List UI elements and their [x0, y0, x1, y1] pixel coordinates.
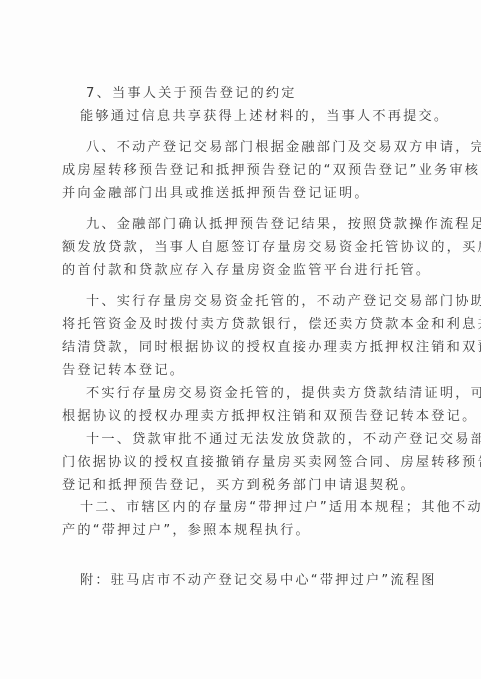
- document-page: 7、当事人关于预告登记的约定 能够通过信息共享获得上述材料的，当事人不再提交。 …: [0, 0, 481, 679]
- paragraph-line: 结清贷款，同时根据协议的授权直接办理卖方抵押权注销和双预: [62, 340, 424, 356]
- paragraph-line: 告登记转本登记。: [62, 363, 424, 379]
- clause-10-line: 十、实行存量房交易资金托管的，不动产登记交易部门协助: [86, 294, 448, 310]
- clause-11-line: 十一、贷款审批不通过无法发放贷款的，不动产登记交易部: [86, 432, 448, 448]
- paragraph-line: 额发放贷款，当事人自愿签订存量房交易资金托管协议的，买房: [62, 240, 424, 256]
- attachment-note: 附：驻马店市不动产登记交易中心“带押过户”流程图: [80, 573, 442, 589]
- paragraph-line: 的首付款和贷款应存入存量房资金监管平台进行托管。: [62, 263, 424, 279]
- paragraph-line: 登记和抵押预告登记，买方到税务部门申请退契税。: [62, 478, 424, 494]
- paragraph-line: 能够通过信息共享获得上述材料的，当事人不再提交。: [80, 109, 442, 125]
- paragraph-line: 门依据协议的授权直接撤销存量房买卖网签合同、房屋转移预告: [62, 455, 424, 471]
- paragraph-line: 成房屋转移预告登记和抵押预告登记的“双预告登记”业务审核，: [62, 163, 424, 179]
- clause-9-line: 九、金融部门确认抵押预告登记结果，按照贷款操作流程足: [86, 217, 448, 233]
- paragraph-line: 产的“带押过户”，参照本规程执行。: [62, 523, 424, 539]
- paragraph-line: 并向金融部门出具或推送抵押预告登记证明。: [62, 186, 424, 202]
- paragraph-line: 不实行存量房交易资金托管的，提供卖方贷款结清证明，可: [86, 386, 448, 402]
- paragraph-line: 将托管资金及时拨付卖方贷款银行，偿还卖方贷款本金和利息并: [62, 317, 424, 333]
- clause-8-line: 八、不动产登记交易部门根据金融部门及交易双方申请，完: [86, 140, 448, 156]
- paragraph-line: 根据协议的授权办理卖方抵押权注销和双预告登记转本登记。: [62, 409, 424, 425]
- clause-12-line: 十二、市辖区内的存量房“带押过户”适用本规程；其他不动: [80, 500, 442, 516]
- clause-7-heading: 7、当事人关于预告登记的约定: [86, 86, 448, 102]
